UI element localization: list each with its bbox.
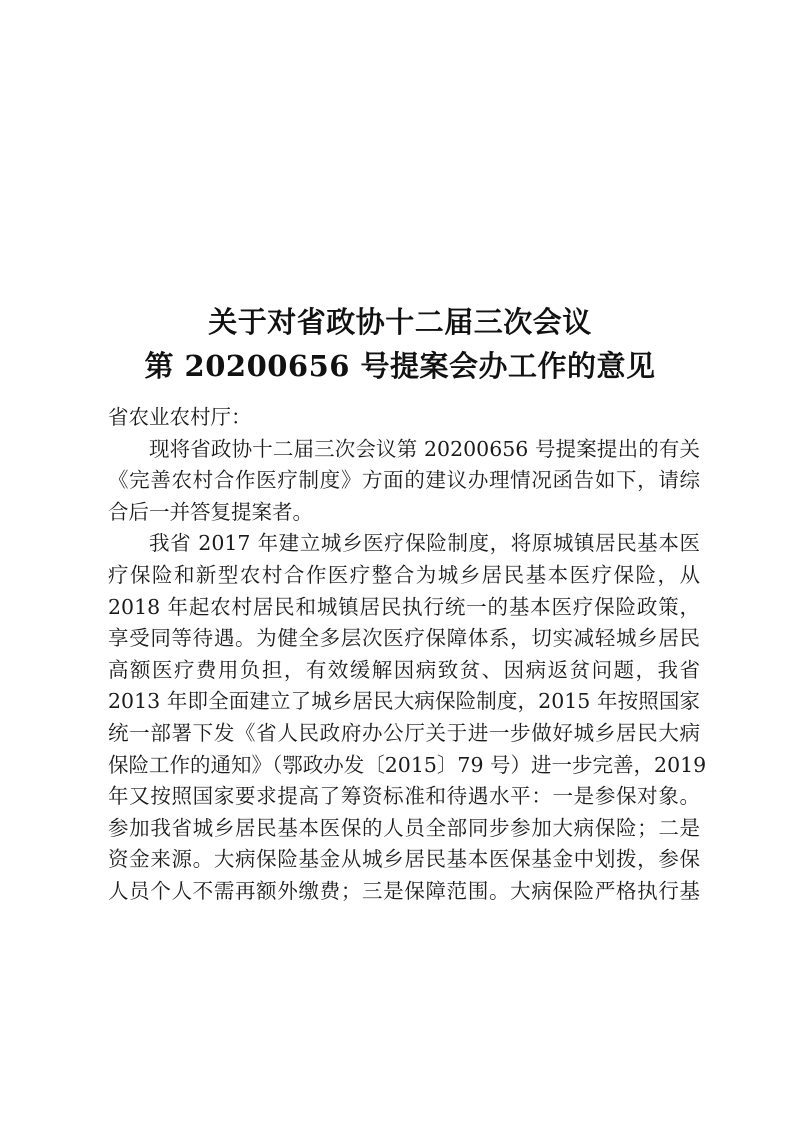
- paragraph-line: 合后一并答复提案者。: [108, 497, 700, 529]
- document-title: 关于对省政协十二届三次会议 第 20200656 号提案会办工作的意见: [0, 300, 800, 388]
- document-page: 关于对省政协十二届三次会议 第 20200656 号提案会办工作的意见 省农业农…: [0, 0, 800, 1132]
- paragraph-line: 享受同等待遇。为健全多层次医疗保障体系，切实减轻城乡居民: [108, 623, 700, 655]
- salutation: 省农业农村厅：: [108, 402, 700, 434]
- paragraph-line: 2018 年起农村居民和城镇居民执行统一的基本医疗保险政策，: [108, 592, 700, 624]
- title-line-2: 第 20200656 号提案会办工作的意见: [0, 344, 800, 388]
- title-line-1: 关于对省政协十二届三次会议: [0, 300, 800, 344]
- paragraph-line: 现将省政协十二届三次会议第 20200656 号提案提出的有关: [108, 434, 700, 466]
- paragraph-2: 我省 2017 年建立城乡医疗保险制度，将原城镇居民基本医 疗保险和新型农村合作…: [108, 528, 700, 907]
- paragraph-line: 参加我省城乡居民基本医保的人员全部同步参加大病保险；二是: [108, 813, 700, 845]
- paragraph-line: 《完善农村合作医疗制度》方面的建议办理情况函告如下，请综: [108, 465, 700, 497]
- document-body: 省农业农村厅： 现将省政协十二届三次会议第 20200656 号提案提出的有关 …: [108, 402, 700, 908]
- paragraph-line: 疗保险和新型农村合作医疗整合为城乡居民基本医疗保险，从: [108, 560, 700, 592]
- paragraph-line: 我省 2017 年建立城乡医疗保险制度，将原城镇居民基本医: [108, 528, 700, 560]
- paragraph-line: 年又按照国家要求提高了筹资标准和待遇水平：一是参保对象。: [108, 781, 700, 813]
- paragraph-line: 2013 年即全面建立了城乡居民大病保险制度，2015 年按照国家: [108, 686, 700, 718]
- paragraph-line: 资金来源。大病保险基金从城乡居民基本医保基金中划拨，参保: [108, 844, 700, 876]
- paragraph-1: 现将省政协十二届三次会议第 20200656 号提案提出的有关 《完善农村合作医…: [108, 434, 700, 529]
- paragraph-line: 人员个人不需再额外缴费；三是保障范围。大病保险严格执行基: [108, 876, 700, 908]
- paragraph-line: 统一部署下发《省人民政府办公厅关于进一步做好城乡居民大病: [108, 718, 700, 750]
- paragraph-line: 保险工作的通知》（鄂政办发〔2015〕79 号）进一步完善，2019: [108, 750, 700, 782]
- paragraph-line: 高额医疗费用负担，有效缓解因病致贫、因病返贫问题，我省: [108, 655, 700, 687]
